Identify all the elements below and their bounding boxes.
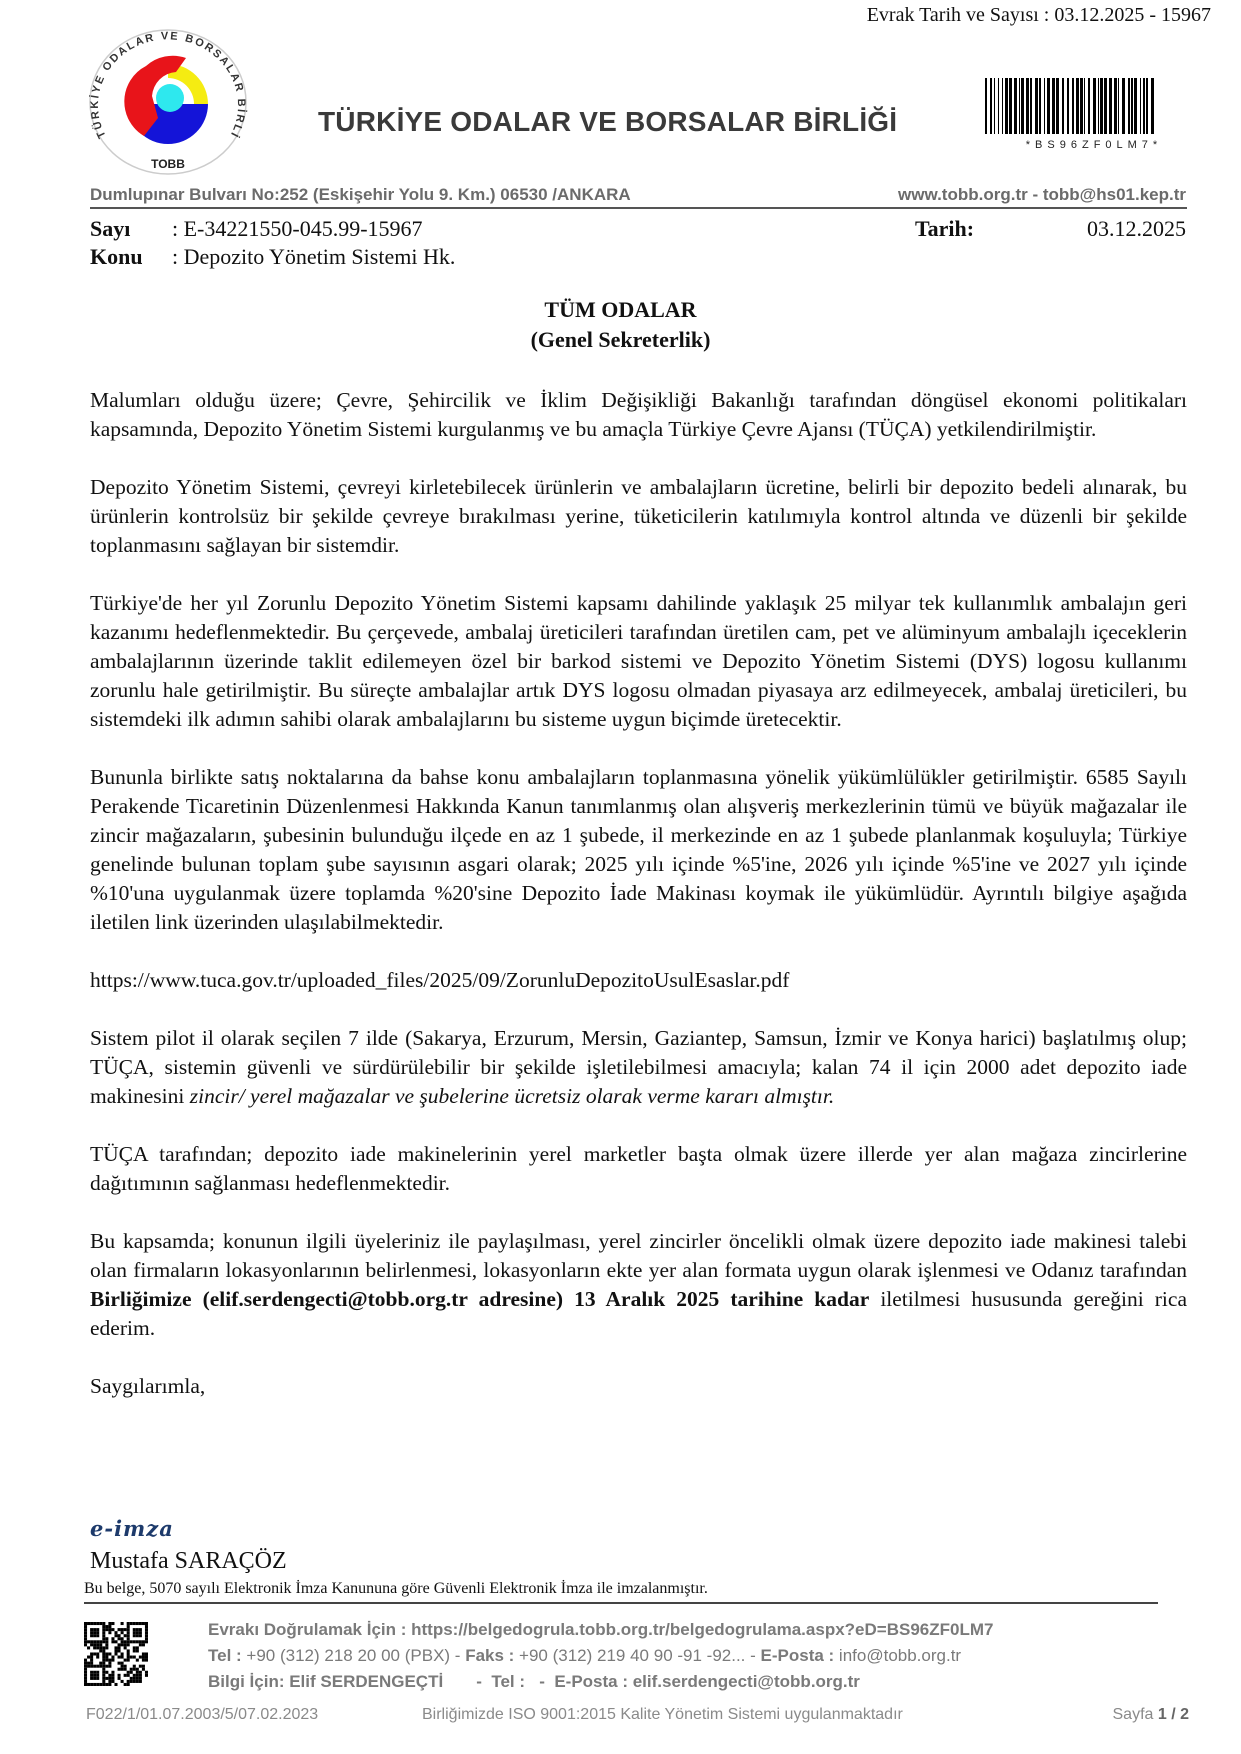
barcode-icon — [985, 78, 1203, 134]
paragraph-6: TÜÇA tarafından; depozito iade makineler… — [90, 1140, 1187, 1198]
paragraph-2: Depozito Yönetim Sistemi, çevreyi kirlet… — [90, 473, 1187, 560]
tel-value: +90 (312) 218 20 00 (PBX) - — [242, 1646, 466, 1665]
paragraph-1: Malumları olduğu üzere; Çevre, Şehircili… — [90, 386, 1187, 444]
tobb-logo-icon: TOBB TÜRKİYE ODALAR VE BORSALAR BİRLİĞİ — [86, 26, 250, 182]
tarih-value: 03.12.2025 — [1087, 216, 1186, 242]
page-value: 1 / 2 — [1158, 1706, 1189, 1723]
konu-label: Konu — [90, 244, 172, 270]
regulation-link[interactable]: https://www.tuca.gov.tr/uploaded_files/2… — [90, 966, 1187, 995]
iso-statement: Birliğimizde ISO 9001:2015 Kalite Yöneti… — [422, 1706, 903, 1724]
sayi-row: Sayı: E-34221550-045.99-15967 — [90, 216, 423, 242]
paragraph-4: Bununla birlikte satış noktalarına da ba… — [90, 763, 1187, 937]
signer-name: Mustafa SARAÇÖZ — [90, 1548, 287, 1575]
signature-note: Bu belge, 5070 sayılı Elektronik İmza Ka… — [84, 1580, 708, 1598]
verify-link[interactable]: Evrakı Doğrulamak İçin : https://belgedo… — [208, 1620, 993, 1640]
konu-row: Konu: Depozito Yönetim Sistemi Hk. — [90, 244, 455, 270]
paragraph-5: Sistem pilot il olarak seçilen 7 ilde (S… — [90, 1024, 1187, 1111]
sayi-value: : E-34221550-045.99-15967 — [172, 216, 423, 241]
tarih-label: Tarih: — [915, 216, 974, 242]
page-number: Sayfa 1 / 2 — [1113, 1706, 1190, 1724]
paragraph-3: Türkiye'de her yıl Zorunlu Depozito Yöne… — [90, 589, 1187, 734]
document-reference: Evrak Tarih ve Sayısı : 03.12.2025 - 159… — [867, 4, 1211, 27]
qr-code-icon[interactable] — [84, 1622, 148, 1686]
form-code: F022/1/01.07.2003/5/07.02.2023 — [86, 1706, 318, 1724]
contact-line: Tel : +90 (312) 218 20 00 (PBX) - Faks :… — [208, 1646, 961, 1666]
e-signature-mark: e-imza — [90, 1516, 174, 1541]
addressee-line-1: TÜM ODALAR — [0, 295, 1241, 325]
email-value[interactable]: info@tobb.org.tr — [834, 1646, 961, 1665]
letter-body: Malumları olduğu üzere; Çevre, Şehircili… — [90, 386, 1187, 1401]
barcode: *BS96ZF0LM7* — [985, 78, 1203, 150]
paragraph-7-text: Bu kapsamda; konunun ilgili üyeleriniz i… — [90, 1229, 1187, 1282]
organization-title: TÜRKİYE ODALAR VE BORSALAR BİRLİĞİ — [318, 106, 897, 138]
svg-text:TOBB: TOBB — [151, 157, 185, 171]
sayi-label: Sayı — [90, 216, 172, 242]
konu-value: : Depozito Yönetim Sistemi Hk. — [172, 244, 455, 269]
closing: Saygılarımla, — [90, 1372, 1187, 1401]
addressee-line-2: (Genel Sekreterlik) — [0, 325, 1241, 355]
fax-value: +90 (312) 219 40 90 -91 -92... - — [514, 1646, 760, 1665]
tel-label: Tel : — [208, 1646, 242, 1665]
paragraph-7: Bu kapsamda; konunun ilgili üyeleriniz i… — [90, 1227, 1187, 1343]
organization-web-contact[interactable]: www.tobb.org.tr - tobb@hs01.kep.tr — [898, 185, 1186, 205]
header-divider — [90, 207, 1187, 209]
email-label: E-Posta : — [761, 1646, 835, 1665]
signature-divider — [84, 1602, 1158, 1604]
barcode-text: *BS96ZF0LM7* — [985, 139, 1203, 151]
paragraph-5-italic: zincir/ yerel mağazalar ve şubelerine üc… — [190, 1084, 835, 1108]
addressee: TÜM ODALAR (Genel Sekreterlik) — [0, 295, 1241, 355]
paragraph-7-deadline: Birliğimize (elif.serdengecti@tobb.org.t… — [90, 1287, 869, 1311]
page-label: Sayfa — [1113, 1706, 1158, 1723]
fax-label: Faks : — [465, 1646, 514, 1665]
organization-address: Dumlupınar Bulvarı No:252 (Eskişehir Yol… — [90, 185, 631, 205]
info-contact-line: Bilgi İçin: Elif SERDENGEÇTİ - Tel : - E… — [208, 1672, 860, 1692]
